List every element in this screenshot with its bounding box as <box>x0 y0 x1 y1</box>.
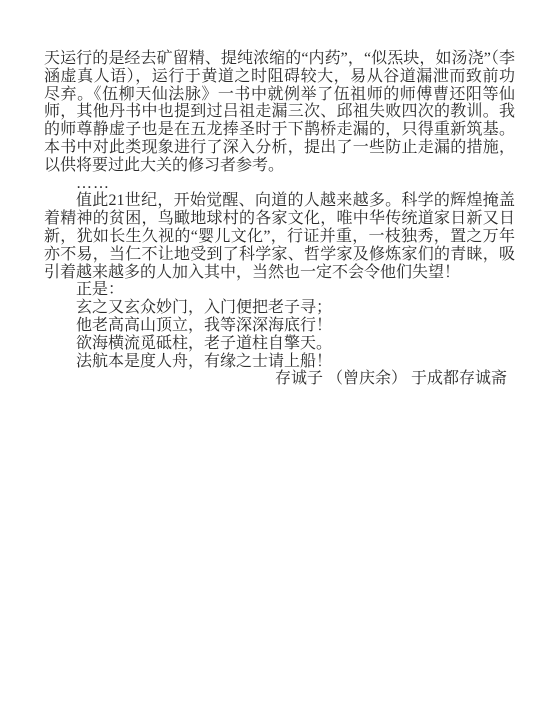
body-paragraph: 天运行的是经去矿留精、提纯浓缩的“内药”，“似炁块，如汤浇”（李涵虚真人语），运… <box>44 50 515 175</box>
verse-line: 法航本是度人舟，有缘之士请上船！ <box>44 353 515 371</box>
document-page: 天运行的是经去矿留精、提纯浓缩的“内药”，“似炁块，如汤浇”（李涵虚真人语），运… <box>0 0 557 728</box>
signature-line: 存诚子 （曾庆余） 于成都存诚斋 <box>44 370 515 388</box>
ellipsis-line: …… <box>44 175 515 193</box>
verse-line: 他老高高山顶立，我等深深海底行！ <box>44 317 515 335</box>
body-paragraph: 值此21世纪，开始觉醒、向道的人越来越多。科学的辉煌掩盖着精神的贫困，鸟瞰地球村… <box>44 192 515 281</box>
verse-intro-line: 正是： <box>44 281 515 299</box>
verse-line: 玄之又玄众妙门，入门便把老子寻； <box>44 299 515 317</box>
verse-line: 欲海横流觅砥柱，老子道柱自擎天。 <box>44 335 515 353</box>
